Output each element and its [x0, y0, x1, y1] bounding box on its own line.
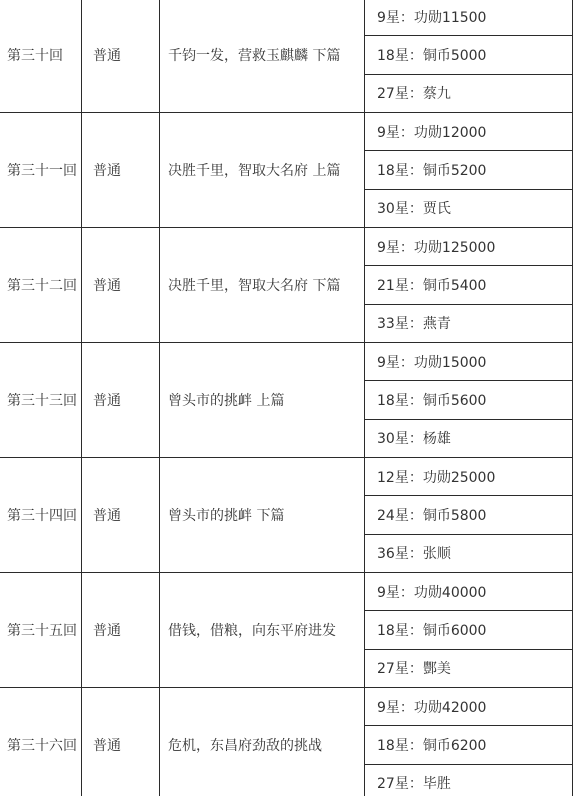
chapter-name: 第三十四回: [0, 458, 82, 572]
stage-title: 曾头市的挑衅 上篇: [160, 343, 365, 457]
reward-row: 30星：贾氏: [365, 190, 572, 227]
rewards-cell: 12星：功勋25000 24星：铜币5800 36星：张顺: [365, 458, 573, 572]
chapter-name: 第三十五回: [0, 573, 82, 687]
table-row: 第三十回 普通 千钧一发，营救玉麒麟 下篇 9星：功勋11500 18星：铜币5…: [0, 0, 573, 113]
reward-row: 9星：功勋11500: [365, 0, 572, 36]
reward-row: 18星：铜币5600: [365, 381, 572, 419]
difficulty-label: 普通: [82, 458, 160, 572]
table-row: 第三十二回 普通 决胜千里，智取大名府 下篇 9星：功勋125000 21星：铜…: [0, 228, 573, 343]
reward-row: 21星：铜币5400: [365, 266, 572, 304]
difficulty-label: 普通: [82, 688, 160, 796]
stage-title: 借钱，借粮，向东平府进发: [160, 573, 365, 687]
stage-title: 危机，东昌府劲敌的挑战: [160, 688, 365, 796]
reward-row: 9星：功勋40000: [365, 573, 572, 611]
stage-title: 决胜千里，智取大名府 上篇: [160, 113, 365, 227]
reward-row: 30星：杨雄: [365, 420, 572, 457]
reward-row: 18星：铜币6000: [365, 611, 572, 649]
stage-title: 曾头市的挑衅 下篇: [160, 458, 365, 572]
difficulty-label: 普通: [82, 0, 160, 112]
chapter-name: 第三十二回: [0, 228, 82, 342]
reward-row: 33星：燕青: [365, 305, 572, 342]
reward-row: 27星：毕胜: [365, 765, 572, 796]
chapter-name: 第三十六回: [0, 688, 82, 796]
chapter-name: 第三十一回: [0, 113, 82, 227]
chapter-name: 第三十三回: [0, 343, 82, 457]
stage-title: 千钧一发，营救玉麒麟 下篇: [160, 0, 365, 112]
rewards-cell: 9星：功勋12000 18星：铜币5200 30星：贾氏: [365, 113, 573, 227]
stage-title: 决胜千里，智取大名府 下篇: [160, 228, 365, 342]
difficulty-label: 普通: [82, 343, 160, 457]
rewards-cell: 9星：功勋40000 18星：铜币6000 27星：酆美: [365, 573, 573, 687]
rewards-cell: 9星：功勋11500 18星：铜币5000 27星：蔡九: [365, 0, 573, 112]
reward-row: 9星：功勋12000: [365, 113, 572, 151]
difficulty-label: 普通: [82, 228, 160, 342]
difficulty-label: 普通: [82, 113, 160, 227]
chapter-reward-table: 第三十回 普通 千钧一发，营救玉麒麟 下篇 9星：功勋11500 18星：铜币5…: [0, 0, 573, 796]
table-row: 第三十一回 普通 决胜千里，智取大名府 上篇 9星：功勋12000 18星：铜币…: [0, 113, 573, 228]
reward-row: 27星：蔡九: [365, 75, 572, 112]
table-row: 第三十四回 普通 曾头市的挑衅 下篇 12星：功勋25000 24星：铜币580…: [0, 458, 573, 573]
chapter-name: 第三十回: [0, 0, 82, 112]
reward-row: 18星：铜币6200: [365, 726, 572, 764]
reward-row: 18星：铜币5200: [365, 151, 572, 189]
difficulty-label: 普通: [82, 573, 160, 687]
reward-row: 9星：功勋42000: [365, 688, 572, 726]
reward-row: 24星：铜币5800: [365, 496, 572, 534]
rewards-cell: 9星：功勋15000 18星：铜币5600 30星：杨雄: [365, 343, 573, 457]
reward-row: 36星：张顺: [365, 535, 572, 572]
reward-row: 18星：铜币5000: [365, 36, 572, 74]
rewards-cell: 9星：功勋42000 18星：铜币6200 27星：毕胜: [365, 688, 573, 796]
table-row: 第三十六回 普通 危机，东昌府劲敌的挑战 9星：功勋42000 18星：铜币62…: [0, 688, 573, 796]
table-row: 第三十三回 普通 曾头市的挑衅 上篇 9星：功勋15000 18星：铜币5600…: [0, 343, 573, 458]
reward-row: 9星：功勋125000: [365, 228, 572, 266]
rewards-cell: 9星：功勋125000 21星：铜币5400 33星：燕青: [365, 228, 573, 342]
table-row: 第三十五回 普通 借钱，借粮，向东平府进发 9星：功勋40000 18星：铜币6…: [0, 573, 573, 688]
reward-row: 9星：功勋15000: [365, 343, 572, 381]
reward-row: 12星：功勋25000: [365, 458, 572, 496]
reward-row: 27星：酆美: [365, 650, 572, 687]
